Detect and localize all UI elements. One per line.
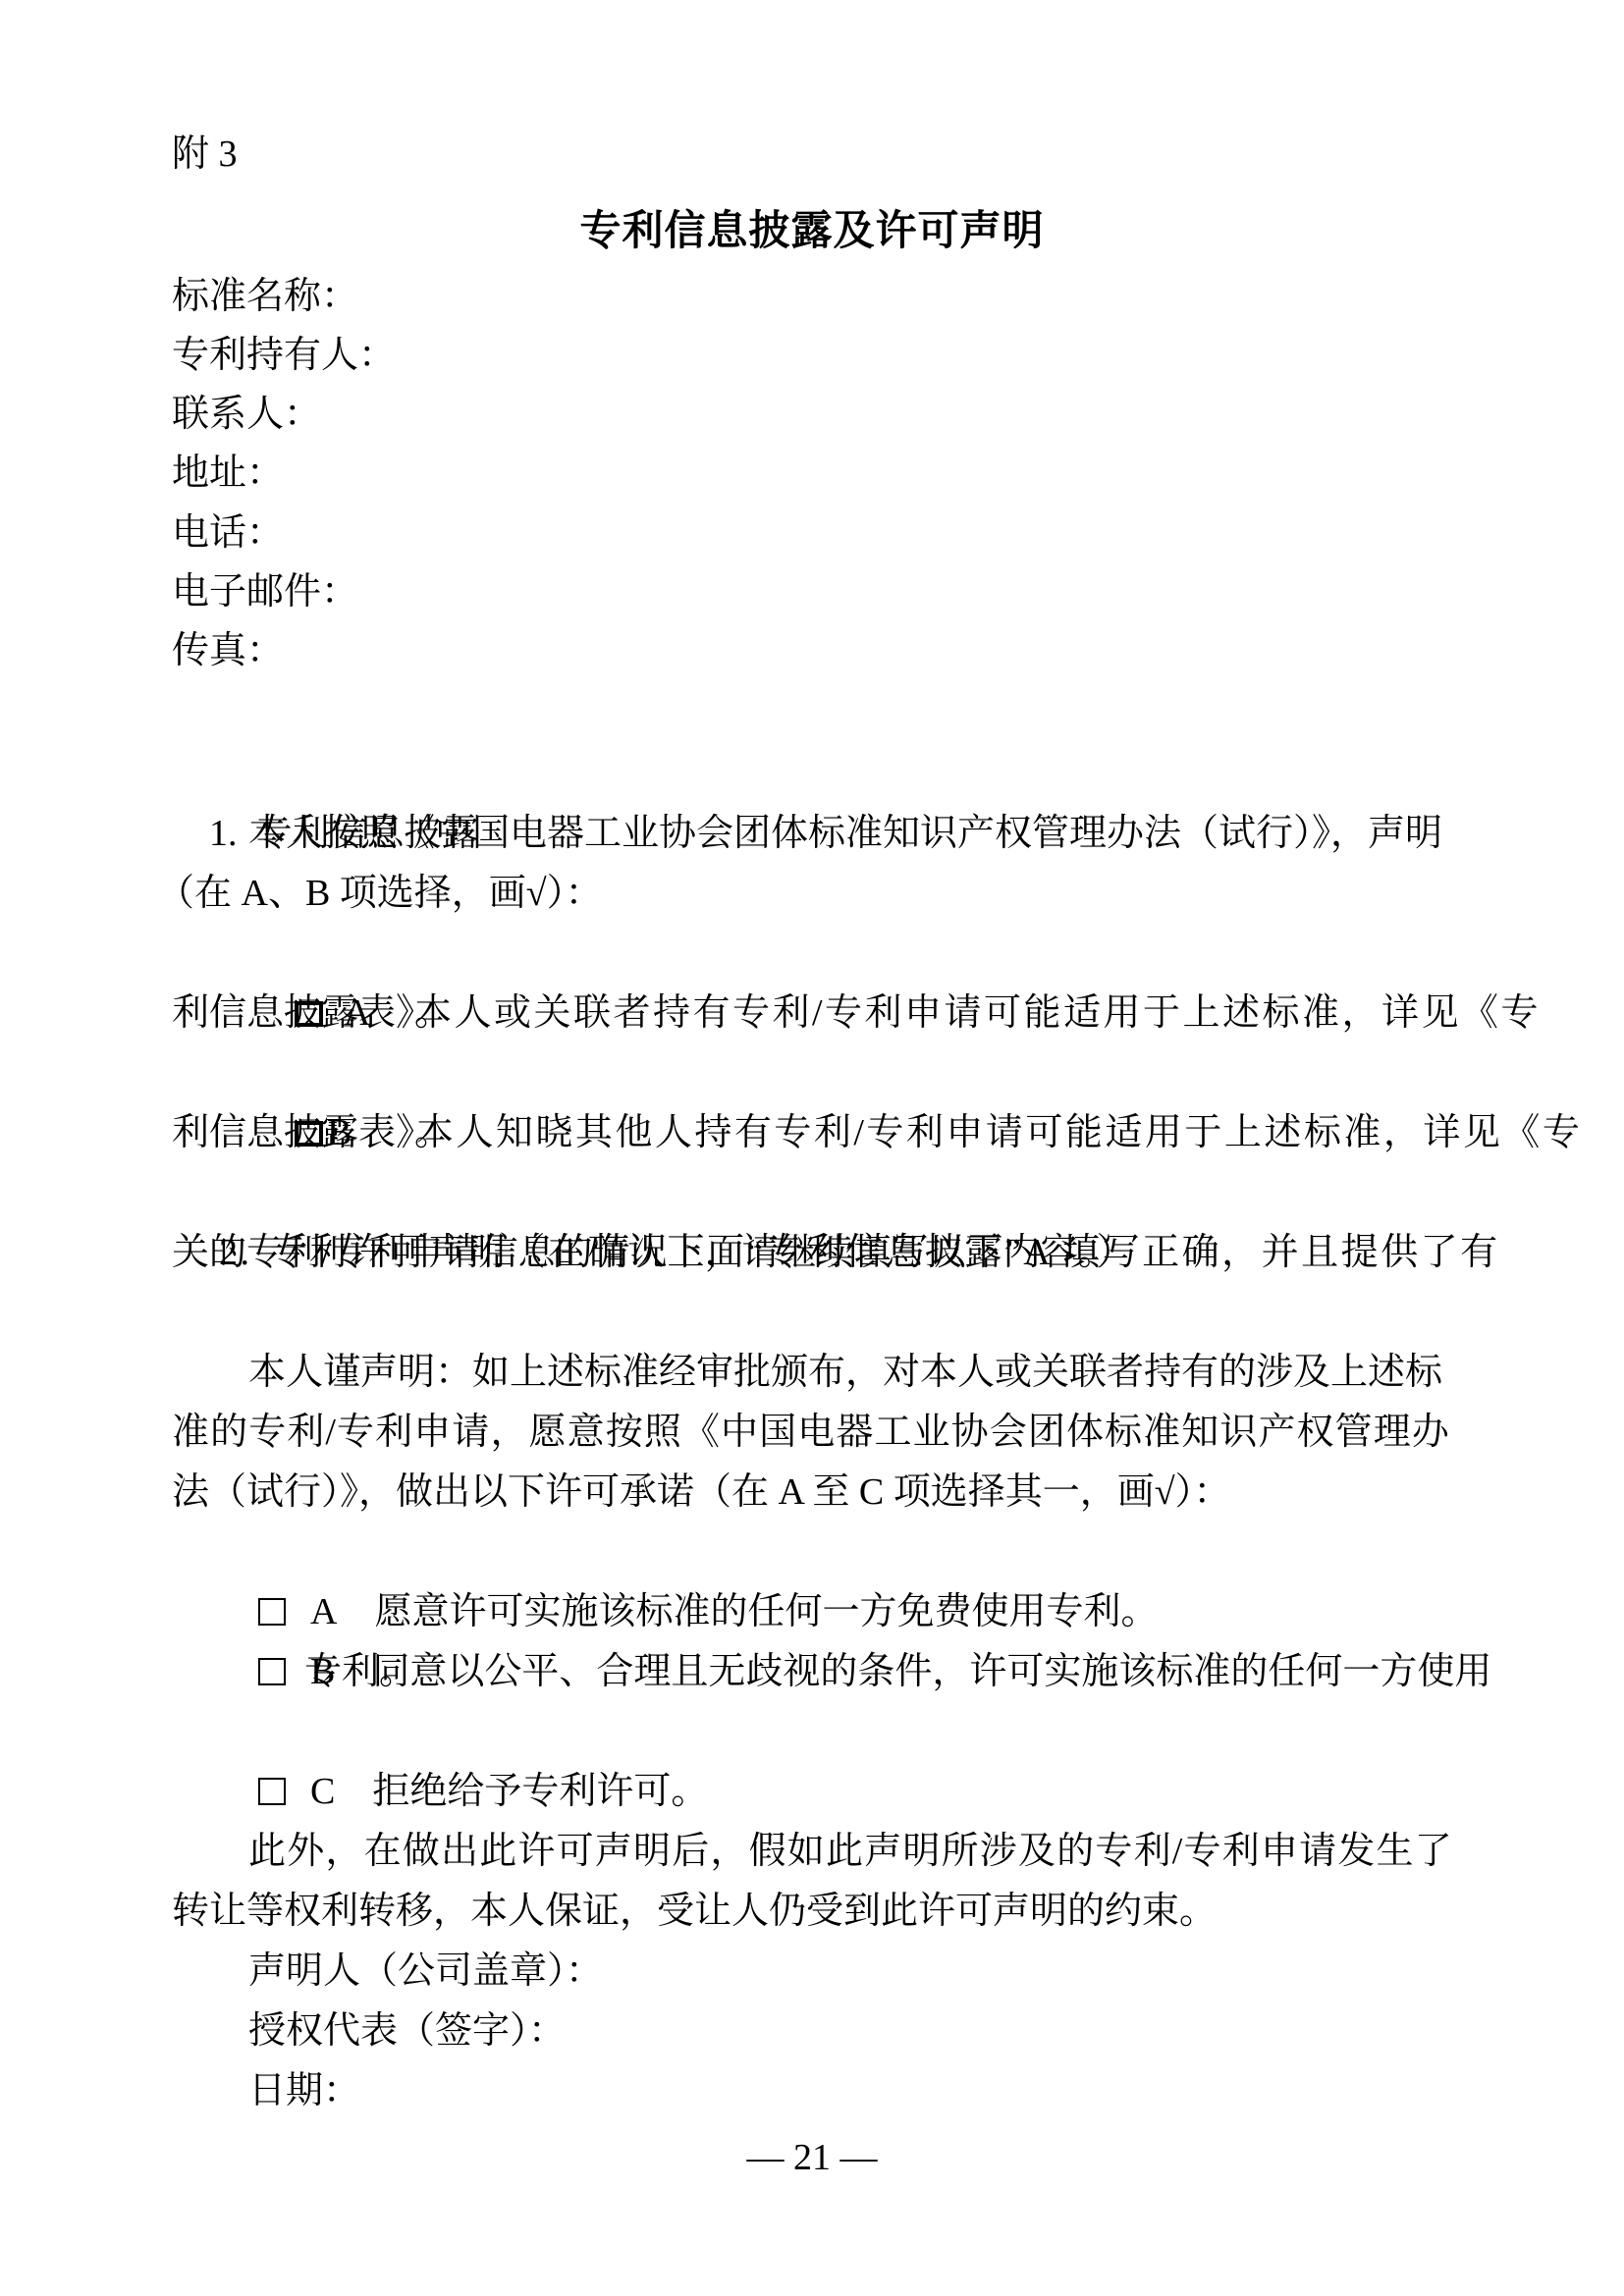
- license-option-b-row: B同意以公平、合理且无歧视的条件，许可实施该标准的任何一方使用: [221, 1582, 1491, 1642]
- license-option-b-text: 同意以公平、合理且无歧视的条件，许可实施该标准的任何一方使用: [372, 1651, 1491, 1692]
- field-fax: 传真：: [172, 621, 284, 681]
- license-checkbox-c-icon[interactable]: [258, 1778, 286, 1805]
- license-declaration-line2: 准的专利/专利申请，愿意按照《中国电器工业协会团体标准知识产权管理办: [172, 1403, 1450, 1463]
- field-phone: 电话：: [172, 504, 284, 563]
- section1-number: 1.: [209, 813, 238, 854]
- section2-heading-line2: 关的专利/专利申请信息的情况下，请继续填写以下内容。）: [172, 1223, 1134, 1283]
- license-option-c-text: 拒绝给予专利许可。: [372, 1771, 708, 1812]
- field-standard-name: 标准名称：: [172, 267, 358, 327]
- section1-intro: 本人按照《中国电器工业协会团体标准知识产权管理办法（试行）》，声明: [248, 804, 1442, 864]
- declarant-label: 声明人（公司盖章）：: [248, 1942, 603, 2002]
- license-option-c-letter: C: [310, 1771, 335, 1812]
- section2-heading: 2.专利许可声明（在确认上面“专利信息披露”A 填写正确，并且提供了有: [172, 1163, 1500, 1223]
- page-title: 专利信息披露及许可声明: [0, 200, 1624, 263]
- license-option-a-row: A愿意许可实施该标准的任何一方免费使用专利。: [221, 1522, 1158, 1582]
- authorized-representative-label: 授权代表（签字）：: [248, 2002, 566, 2061]
- field-email: 电子邮件：: [172, 562, 358, 622]
- section1-choice-note: （在 A、B 项选择，画√）：: [157, 864, 603, 924]
- page-number: — 21 —: [0, 2128, 1624, 2188]
- disclosure-option-b-continuation: 利信息披露表》。: [172, 1103, 452, 1163]
- section1-heading: 1.专利信息披露: [172, 744, 479, 804]
- transfer-clause-line1: 此外，在做出此许可声明后，假如此声明所涉及的专利/专利申请发生了: [248, 1822, 1453, 1882]
- field-patent-holder: 专利持有人：: [172, 326, 396, 386]
- field-contact-person: 联系人：: [172, 385, 321, 445]
- field-address: 地址：: [172, 444, 284, 504]
- attachment-label: 附 3: [172, 125, 238, 185]
- license-checkbox-b-icon[interactable]: [258, 1658, 286, 1685]
- date-label: 日期：: [248, 2061, 360, 2121]
- license-declaration-line1: 本人谨声明：如上述标准经审批颁布，对本人或关联者持有的涉及上述标: [248, 1343, 1442, 1403]
- disclosure-option-a-continuation: 利信息披露表》。: [172, 984, 452, 1043]
- license-option-c-row: C拒绝给予专利许可。: [221, 1702, 708, 1762]
- license-option-b-continuation: 专利。: [304, 1642, 416, 1702]
- license-declaration-line3: 法（试行）》，做出以下许可承诺（在 A 至 C 项选择其一，画√）：: [172, 1463, 1231, 1522]
- disclosure-option-a-row: A本人或关联者持有专利/专利申请可能适用于上述标准，详见《专: [247, 924, 1541, 984]
- disclosure-option-b-text: 本人知晓其他人持有专利/专利申请可能适用于上述标准，详见《专: [416, 1112, 1583, 1153]
- disclosure-option-a-text: 本人或关联者持有专利/专利申请可能适用于上述标准，详见《专: [414, 992, 1541, 1034]
- transfer-clause-line2: 转让等权利转移，本人保证，受让人仍受到此许可声明的约束。: [172, 1882, 1217, 1942]
- document-page: 附 3 专利信息披露及许可声明 标准名称： 专利持有人： 联系人： 地址： 电话…: [0, 0, 1624, 2296]
- disclosure-option-b-row: B本人知晓其他人持有专利/专利申请可能适用于上述标准，详见《专: [247, 1043, 1582, 1103]
